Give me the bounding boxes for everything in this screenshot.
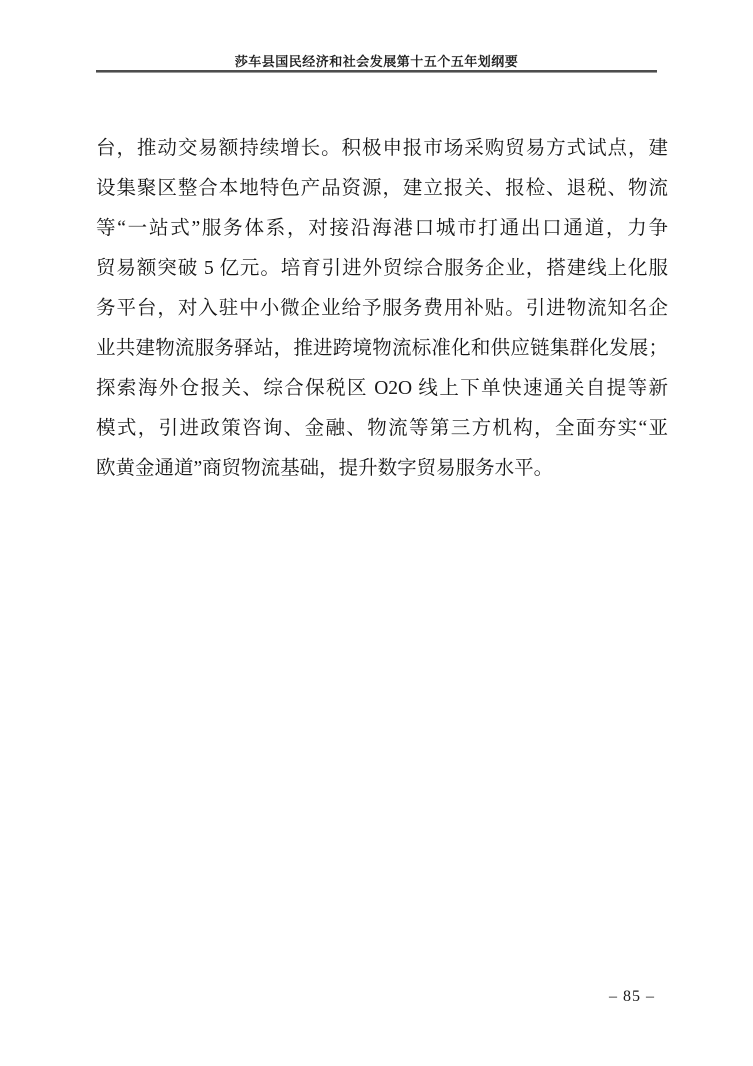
- paragraph-line: 业共建物流服务驿站，推进跨境物流标准化和供应链集群化发展；: [96, 329, 668, 369]
- paragraph-line: 欧黄金通道”商贸物流基础，提升数字贸易服务水平。: [96, 449, 668, 489]
- paragraph-line: 探索海外仓报关、综合保税区 O2O 线上下单快速通关自提等新: [96, 369, 668, 409]
- paragraph-line: 台，推动交易额持续增长。积极申报市场采购贸易方式试点，建: [96, 129, 668, 169]
- paragraph-line: 模式，引进政策咨询、金融、物流等第三方机构，全面夯实“亚: [96, 409, 668, 449]
- paragraph-line: 等“一站式”服务体系，对接沿海港口城市打通出口通道，力争: [96, 209, 668, 249]
- header-rule: [96, 70, 657, 73]
- document-page: 莎车县国民经济和社会发展第十五个五年划纲要 台，推动交易额持续增长。积极申报市场…: [0, 0, 753, 1066]
- paragraph-line: 务平台，对入驻中小微企业给予服务费用补贴。引进物流知名企: [96, 289, 668, 329]
- body-paragraph: 台，推动交易额持续增长。积极申报市场采购贸易方式试点，建设集聚区整合本地特色产品…: [96, 129, 668, 489]
- page-number: – 85 –: [609, 988, 655, 1006]
- paragraph-line: 设集聚区整合本地特色产品资源，建立报关、报检、退税、物流: [96, 169, 668, 209]
- running-header-title: 莎车县国民经济和社会发展第十五个五年划纲要: [96, 51, 657, 70]
- paragraph-line: 贸易额突破 5 亿元。培育引进外贸综合服务企业，搭建线上化服: [96, 249, 668, 289]
